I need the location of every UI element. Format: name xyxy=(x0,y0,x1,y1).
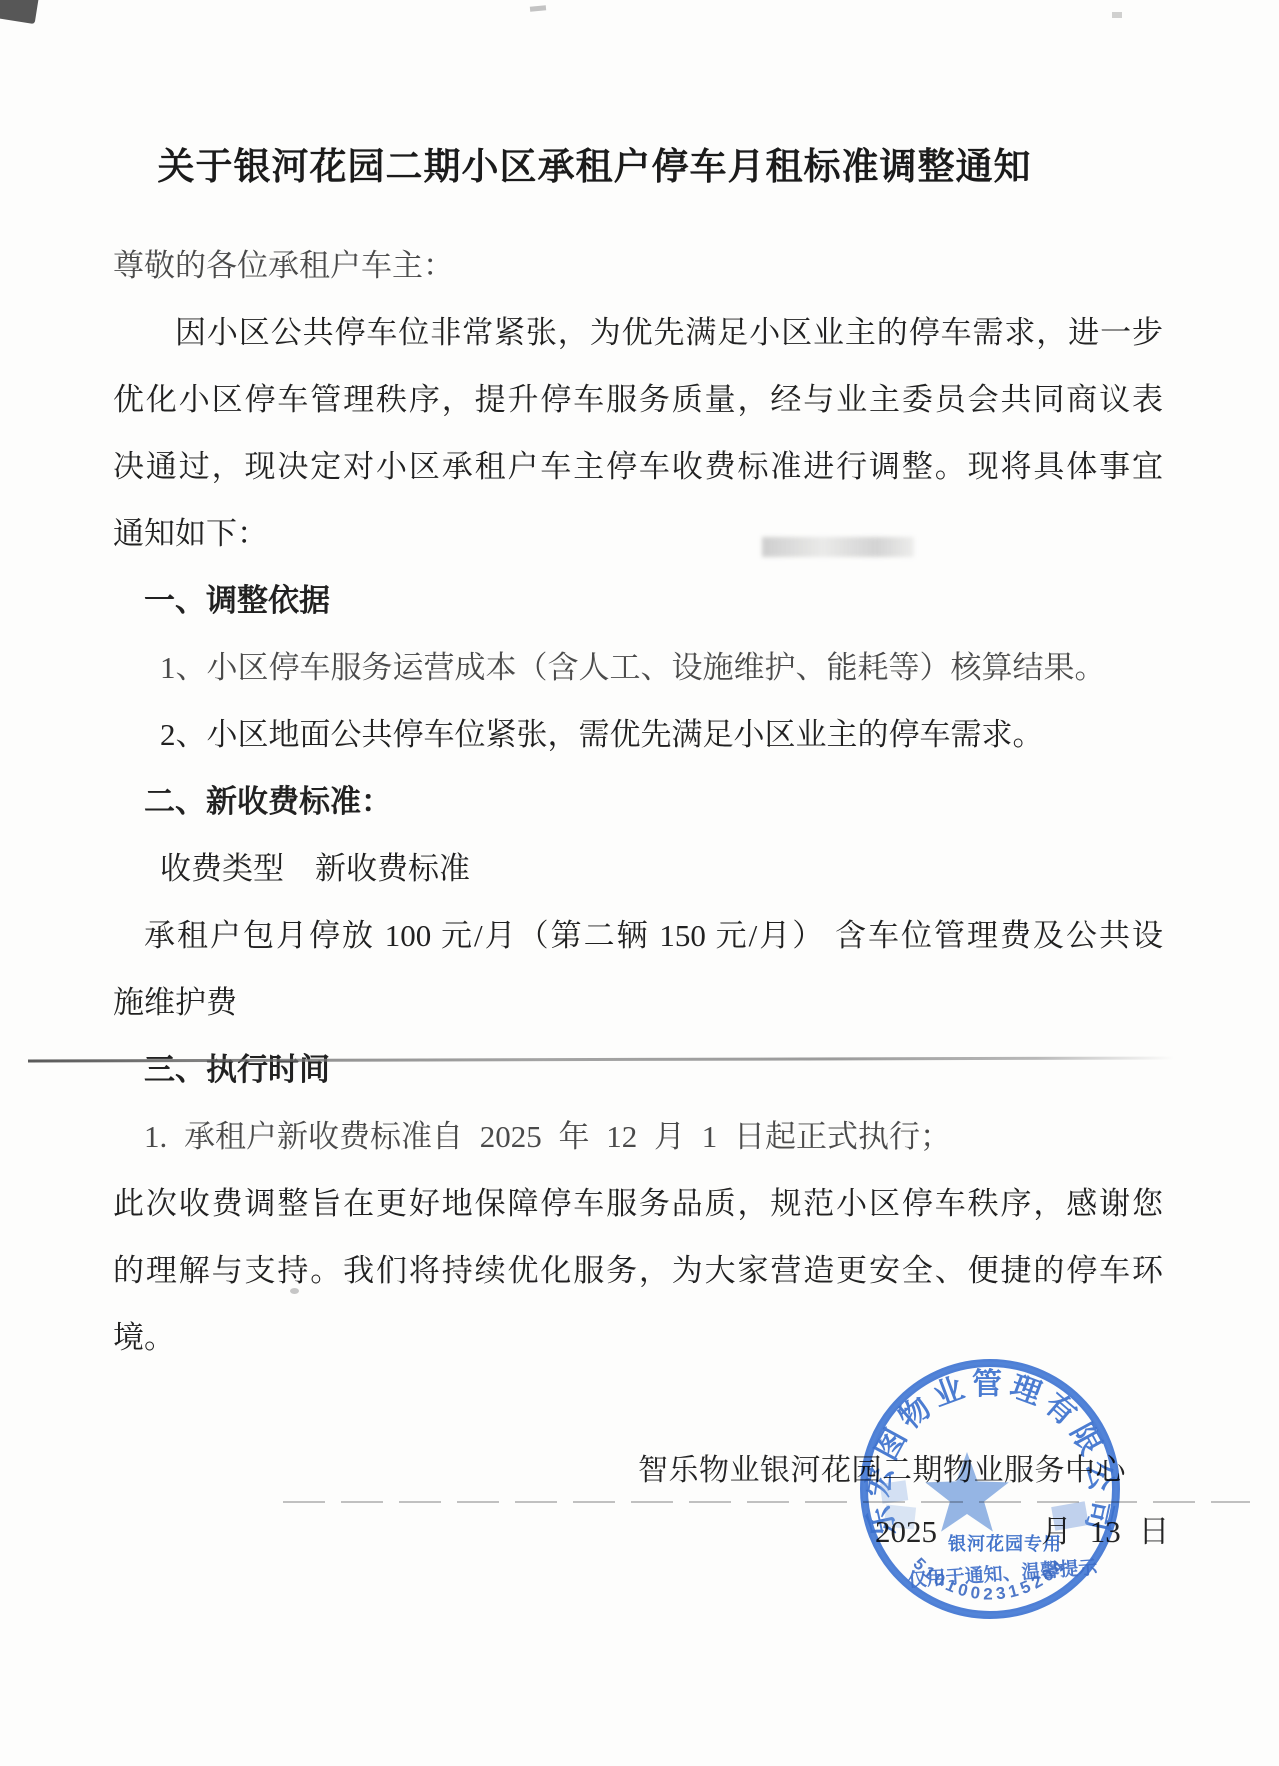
list-item: 1、小区停车服务运营成本（含人工、设施维护、能耗等）核算结果。 xyxy=(113,634,1163,701)
scan-artifact-speck xyxy=(1112,12,1122,18)
section-heading-1: 一、调整依据 xyxy=(113,567,1163,634)
scanned-notice-page: 关于银河花园二期小区承租户停车月租标准调整通知 尊敬的各位承租户车主： 因小区公… xyxy=(0,0,1279,1766)
table-header-line: 收费类型 新收费标准 xyxy=(113,835,1163,902)
body-line: 的理解与支持。我们将持续优化服务，为大家营造更安全、便捷的停车环 xyxy=(113,1237,1163,1304)
body-line: 决通过，现决定对小区承租户车主停车收费标准进行调整。现将具体事宜 xyxy=(113,433,1163,500)
body-line: 优化小区停车管理秩序，提升停车服务质量，经与业主委员会共同商议表 xyxy=(113,366,1163,433)
notice-title: 关于银河花园二期小区承租户停车月租标准调整通知 xyxy=(0,136,1189,190)
body-line: 因小区公共停车位非常紧张，为优先满足小区业主的停车需求，进一步 xyxy=(113,299,1163,366)
official-stamp-seal: 乐宏图物业管理有限公司 银河花园专用 仅用于通知、温馨提示 5101002315… xyxy=(855,1354,1125,1624)
body-line: 施维护费 xyxy=(113,969,1163,1036)
body-line: 通知如下： xyxy=(113,500,1163,567)
list-item: 1. 承租户新收费标准自 2025 年 12 月 1 日起正式执行； xyxy=(113,1103,1163,1170)
body-line: 此次收费调整旨在更好地保障停车服务品质，规范小区停车秩序，感谢您 xyxy=(113,1170,1163,1237)
stamp-dedication: 银河花园专用 xyxy=(948,1533,1062,1554)
scan-artifact-corner xyxy=(0,0,39,24)
scan-artifact-speck xyxy=(530,5,546,11)
star-icon xyxy=(925,1452,1009,1532)
body-line-greeting: 尊敬的各位承租户车主： xyxy=(113,232,1163,299)
scan-artifact-smudge xyxy=(762,537,914,557)
list-item: 2、小区地面公共停车位紧张，需优先满足小区业主的停车需求。 xyxy=(113,701,1163,768)
section-heading-2: 二、新收费标准： xyxy=(113,768,1163,835)
scan-artifact-speck xyxy=(290,1288,299,1294)
notice-body: 尊敬的各位承租户车主： 因小区公共停车位非常紧张，为优先满足小区业主的停车需求，… xyxy=(113,232,1163,1371)
section-heading-3: 三、执行时间 xyxy=(113,1036,1163,1103)
fee-standard-line: 承租户包月停放 100 元/月（第二辆 150 元/月） 含车位管理费及公共设 xyxy=(113,902,1163,969)
